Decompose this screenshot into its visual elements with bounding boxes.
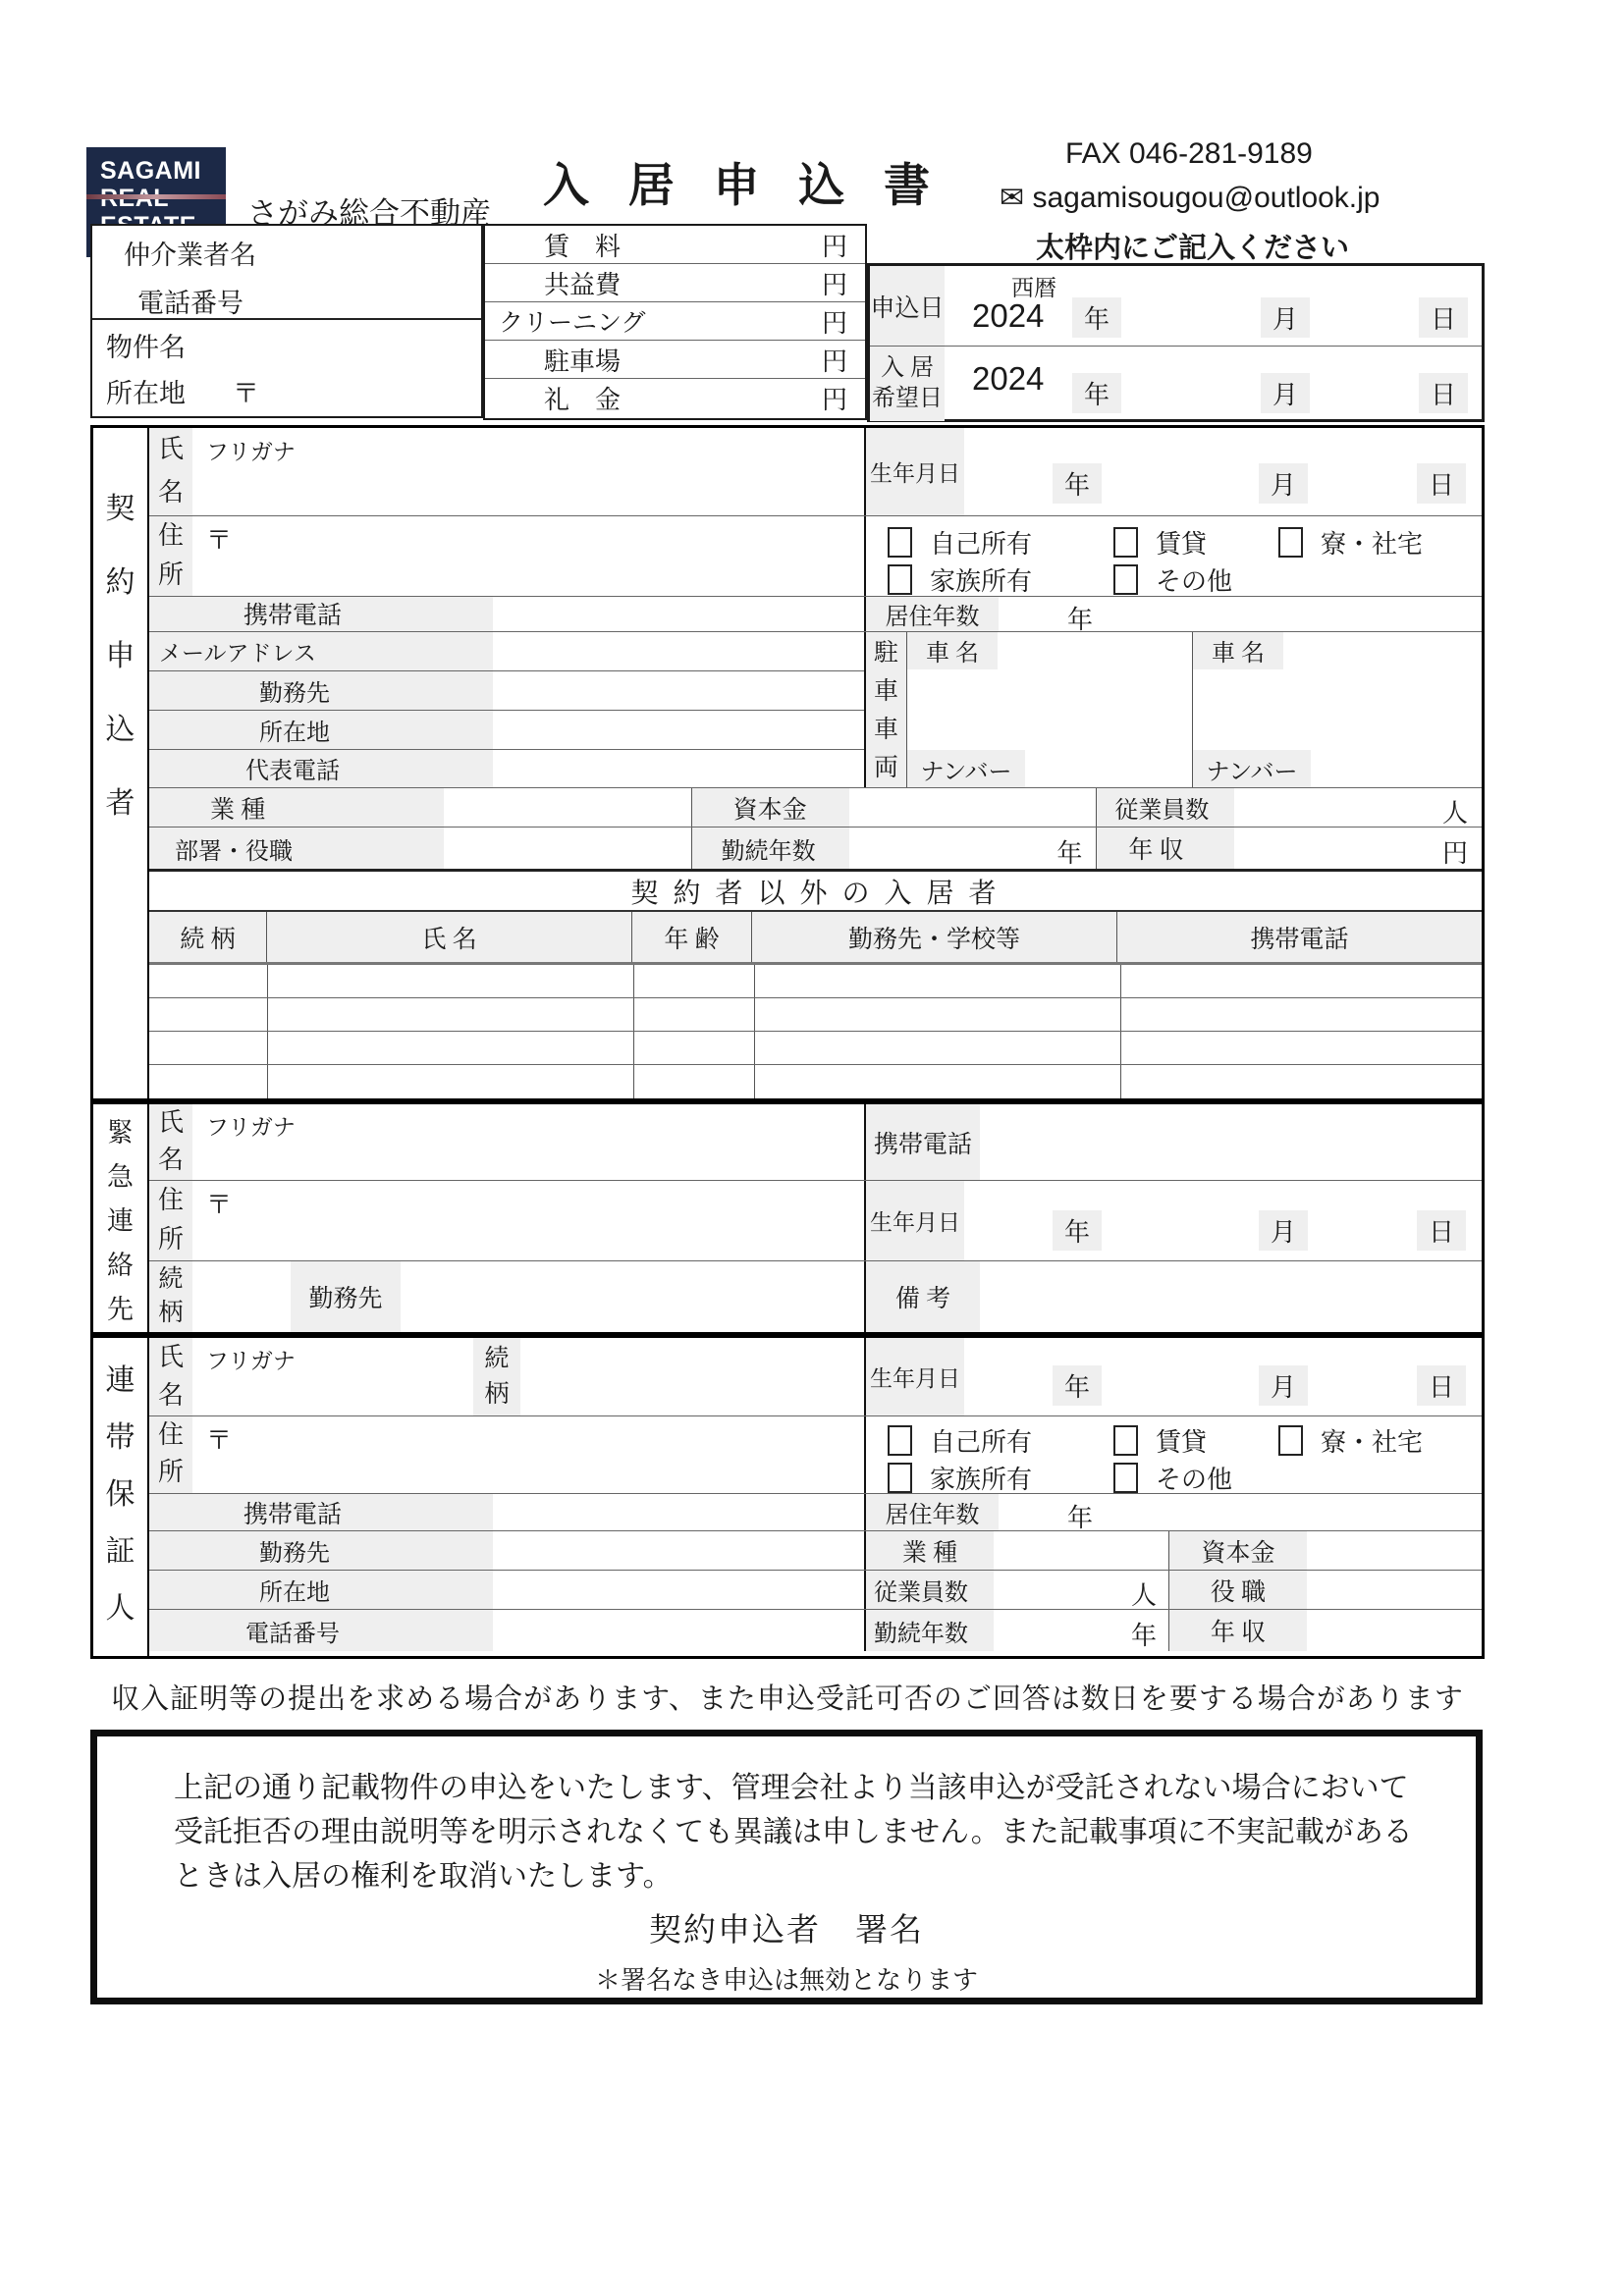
email-address: sagamisougou@outlook.jp	[1032, 182, 1380, 214]
guarantor-service-years-unit: 年	[1131, 1616, 1157, 1652]
guarantor-capital-label: 資本金	[1169, 1531, 1307, 1570]
property-name-label: 物件名	[92, 326, 481, 364]
key-money-unit: 円	[822, 380, 847, 416]
apply-year-value: 2024	[972, 297, 1044, 335]
guarantor-housing-self-owned-option: 自己所有	[888, 1422, 1032, 1459]
guarantor-work-address-cell: 所在地	[149, 1571, 866, 1609]
applicant-birth-month-unit: 月	[1259, 463, 1308, 504]
guarantor-service-years-label: 勤続年数	[866, 1610, 994, 1651]
occupants-table-title: 契 約 者 以 外 の 入 居 者	[149, 869, 1482, 912]
applicant-workplace-field	[493, 671, 864, 710]
applicant-company-phone-label: 代表電話	[149, 750, 493, 787]
applicant-work-address-label: 所在地	[149, 711, 493, 749]
guarantor-furigana-label: フリガナ	[206, 1343, 296, 1375]
guarantor-workplace-label: 勤務先	[149, 1531, 493, 1570]
emergency-address-label: 住所	[149, 1181, 192, 1260]
guarantor-housing-rented-option: 賃貸	[1113, 1422, 1207, 1459]
income-unit: 円	[1442, 833, 1468, 870]
guarantor-residence-cell: 居住年数 年	[866, 1494, 1482, 1530]
emergency-mobile-label: 携帯電話	[866, 1104, 980, 1180]
guarantor-housing-family-owned-option: 家族所有	[888, 1460, 1032, 1496]
parking-fee-label: 駐車場	[544, 342, 621, 378]
form-title: 入 居 申 込 書	[543, 149, 944, 215]
email-icon: ✉	[1000, 182, 1032, 214]
vehicle-1-number-label: ナンバー	[907, 750, 1025, 787]
housing-rented-option: 賃貸	[1113, 524, 1207, 561]
agreement-line-2: 受託拒否の理由説明等を明示されなくても異議は申しません。また記載事項に不実記載が…	[174, 1810, 1417, 1854]
vehicle-1-name-label: 車 名	[907, 632, 998, 669]
guarantor-residence-years-label: 居住年数	[866, 1494, 999, 1530]
applicant-section-label: 契約申込者	[93, 428, 149, 1098]
applicant-birth-year-unit: 年	[1053, 463, 1102, 504]
broker-phone-label: 電話番号	[92, 282, 481, 320]
guarantor-phone-label: 電話番号	[149, 1610, 493, 1651]
applicant-section: 契約申込者 氏名 フリガナ 生年月日 年 月 日	[90, 425, 1485, 1101]
guarantor-residence-years-field: 年	[999, 1494, 1482, 1530]
guarantor-capital-field	[1307, 1531, 1482, 1570]
signature-label: 契約申込者 署名	[97, 1904, 1476, 1950]
applicant-birth-day-unit: 日	[1417, 463, 1466, 504]
guarantor-birth-month-unit: 月	[1259, 1365, 1308, 1406]
applicant-employees-label: 従業員数	[1097, 788, 1234, 827]
applicant-work-address-field	[493, 711, 864, 749]
checkbox-icon	[888, 1463, 912, 1493]
emergency-address-field: 〒	[192, 1181, 864, 1260]
applicant-mobile-cell: 携帯電話	[149, 597, 866, 631]
guarantor-industry-field	[994, 1531, 1169, 1570]
guarantor-position-label: 役 職	[1169, 1571, 1307, 1609]
checkbox-icon	[888, 527, 912, 558]
applicant-capital-label: 資本金	[692, 788, 849, 827]
guarantor-housing-other-option: その他	[1113, 1460, 1232, 1496]
guarantor-mobile-label: 携帯電話	[149, 1494, 493, 1530]
applicant-department-label: 部署・役職	[149, 828, 444, 869]
applicant-department-field	[444, 828, 692, 869]
applicant-income-label: 年 収	[1097, 828, 1234, 869]
vehicle-2-number-label: ナンバー	[1193, 750, 1311, 787]
applicant-residence-cell: 居住年数 年	[866, 597, 1482, 631]
occupants-col-relation: 続 柄	[149, 912, 267, 962]
applicant-workplace-label: 勤務先	[149, 671, 493, 710]
agreement-text: 上記の通り記載物件の申込をいたします、管理会社より当該申込が受託されない場合にお…	[97, 1736, 1476, 1898]
footer-note: 収入証明等の提出を求める場合があります、また申込受託可否のご回答は数日を要する場…	[90, 1677, 1485, 1717]
guarantor-employees-label: 従業員数	[866, 1571, 994, 1609]
guarantor-birthday-field: 年 月 日	[964, 1338, 1482, 1415]
guarantor-workplace-cell: 勤務先	[149, 1531, 866, 1570]
apply-month-unit: 月	[1261, 297, 1310, 338]
housing-self-owned-option: 自己所有	[888, 524, 1032, 561]
service-years-unit: 年	[1056, 833, 1082, 870]
guarantor-postal-mark: 〒	[206, 1420, 232, 1457]
guarantor-address-label: 住所	[149, 1416, 192, 1493]
guarantor-relation-field	[520, 1338, 864, 1415]
checkbox-icon	[1113, 564, 1138, 595]
guarantor-birthday-cell: 生年月日 年 月 日	[866, 1338, 1482, 1415]
checkbox-icon	[888, 1425, 912, 1456]
movein-year-value: 2024	[972, 360, 1044, 398]
guarantor-workplace-field	[493, 1531, 864, 1570]
emergency-birthday-field: 年 月 日	[964, 1181, 1482, 1260]
guarantor-section-label: 連帯保証人	[93, 1338, 149, 1656]
movein-day-unit: 日	[1419, 373, 1468, 413]
guarantor-employees-field: 人	[994, 1571, 1169, 1609]
broker-table: 仲介業者名 電話番号 物件名 所在地〒	[90, 224, 483, 418]
applicant-company-phone-field	[493, 750, 864, 787]
dates-table: 申込日 西暦 2024 年 月 日 入 居希望日 2024 年 月 日	[867, 263, 1485, 422]
applicant-furigana-label: フリガナ	[206, 434, 296, 466]
emergency-mobile-cell: 携帯電話	[866, 1104, 1482, 1180]
applicant-service-years-field: 年	[849, 828, 1098, 869]
checkbox-icon	[1278, 527, 1303, 558]
cleaning-unit: 円	[822, 303, 847, 340]
guarantor-housing-cell: 自己所有 賃貸 寮・社宅 家族所有 その他	[866, 1416, 1482, 1493]
applicant-residence-years-field: 年	[999, 597, 1482, 631]
guarantor-name-cell: 氏名 フリガナ 続柄	[149, 1338, 866, 1415]
apply-date-label: 申込日	[870, 266, 945, 346]
housing-other-option: その他	[1113, 561, 1232, 598]
checkbox-icon	[888, 564, 912, 595]
emergency-section: 緊急連絡先 氏名 フリガナ 携帯電話 住所 〒 生年月日	[90, 1101, 1485, 1335]
applicant-residence-years-label: 居住年数	[866, 597, 999, 631]
emergency-birth-month-unit: 月	[1259, 1210, 1308, 1251]
emergency-workplace-field	[401, 1261, 864, 1332]
checkbox-icon	[1113, 527, 1138, 558]
applicant-address-field: 〒	[192, 516, 864, 596]
applicant-capital-field	[849, 788, 1098, 827]
guarantor-phone-field	[493, 1610, 864, 1651]
applicant-mobile-label: 携帯電話	[149, 597, 493, 631]
emergency-address-cell: 住所 〒	[149, 1181, 866, 1260]
applicant-address-cell: 住所 〒	[149, 516, 866, 596]
emergency-remarks-label: 備 考	[866, 1261, 980, 1332]
housing-family-owned-option: 家族所有	[888, 561, 1032, 598]
occupants-col-age: 年 齢	[632, 912, 752, 962]
vehicle-2-name-label: 車 名	[1193, 632, 1283, 669]
fill-instruction: 太枠内にご記入ください	[1036, 226, 1349, 266]
guarantor-industry-label: 業 種	[866, 1531, 994, 1570]
applicant-mobile-field	[493, 597, 864, 631]
movein-month-unit: 月	[1261, 373, 1310, 413]
postal-mark: 〒	[233, 379, 259, 408]
emergency-relation-cell: 続柄 勤務先	[149, 1261, 866, 1332]
guarantor-name-field: フリガナ	[192, 1338, 473, 1415]
guarantor-phone-cell: 電話番号	[149, 1610, 866, 1651]
guarantor-work-address-field	[493, 1571, 864, 1609]
emergency-remarks-cell: 備 考	[866, 1261, 1482, 1332]
rent-unit: 円	[822, 227, 847, 263]
rent-label: 賃 料	[544, 227, 621, 263]
application-form-page: SAGAMI REAL ESTATEinc さがみ総合不動産 入 居 申 込 書…	[0, 0, 1624, 2296]
emergency-name-field: フリガナ	[192, 1104, 864, 1180]
occupant-row-2	[149, 998, 1482, 1032]
applicant-birthday-field: 年 月 日	[964, 428, 1482, 515]
employees-unit: 人	[1442, 793, 1468, 829]
occupant-row-1	[149, 965, 1482, 998]
property-location-label: 所在地〒	[92, 372, 481, 410]
occupants-col-name: 氏 名	[267, 912, 632, 962]
emergency-relation-label: 続柄	[149, 1261, 192, 1332]
apply-day-unit: 日	[1419, 297, 1468, 338]
parking-vehicle-label: 駐車車両	[866, 632, 907, 788]
emergency-relation-field	[192, 1261, 291, 1332]
movein-year-unit: 年	[1072, 373, 1121, 413]
occupants-col-mobile: 携帯電話	[1117, 912, 1482, 962]
guarantor-position-field	[1307, 1571, 1482, 1609]
checkbox-icon	[1113, 1463, 1138, 1493]
movein-date-label: 入 居希望日	[870, 347, 945, 421]
guarantor-birth-year-unit: 年	[1053, 1365, 1102, 1406]
vehicle-2-cell: 車 名 ナンバー	[1193, 632, 1482, 788]
guarantor-mobile-cell: 携帯電話	[149, 1494, 866, 1530]
applicant-industry-field	[444, 788, 692, 827]
emergency-mobile-field	[980, 1104, 1482, 1180]
emergency-name-cell: 氏名 フリガナ	[149, 1104, 866, 1180]
emergency-birthday-label: 生年月日	[866, 1181, 964, 1260]
guarantor-mobile-field	[493, 1494, 864, 1530]
emergency-birthday-cell: 生年月日 年 月 日	[866, 1181, 1482, 1260]
occupant-row-4	[149, 1065, 1482, 1098]
residence-year-unit: 年	[1067, 600, 1093, 636]
emergency-workplace-label: 勤務先	[291, 1261, 401, 1332]
applicant-postal-mark: 〒	[206, 520, 232, 557]
emergency-birth-year-unit: 年	[1053, 1210, 1102, 1251]
cleaning-label: クリーニング	[499, 303, 646, 339]
guarantor-employees-cell: 従業員数 人 役 職	[866, 1571, 1482, 1609]
guarantor-industry-cell: 業 種 資本金	[866, 1531, 1482, 1570]
logo-line1: SAGAMI	[100, 157, 226, 185]
guarantor-income-field	[1307, 1610, 1482, 1651]
apply-date-field: 西暦 2024 年 月 日	[945, 266, 1482, 346]
guarantor-employees-unit: 人	[1131, 1575, 1157, 1612]
emergency-postal-mark: 〒	[206, 1185, 232, 1221]
agreement-box: 上記の通り記載物件の申込をいたします、管理会社より当該申込が受託されない場合にお…	[90, 1730, 1483, 2004]
emergency-birth-day-unit: 日	[1417, 1210, 1466, 1251]
guarantor-birthday-label: 生年月日	[866, 1338, 964, 1415]
guarantor-relation-label: 続柄	[473, 1338, 520, 1415]
checkbox-icon	[1278, 1425, 1303, 1456]
guarantor-address-cell: 住所 〒	[149, 1416, 866, 1493]
vehicle-1-cell: 車 名 ナンバー	[907, 632, 1193, 788]
logo-stripe	[86, 194, 226, 199]
guarantor-birth-day-unit: 日	[1417, 1365, 1466, 1406]
guarantor-residence-year-unit: 年	[1067, 1498, 1093, 1534]
emergency-furigana-label: フリガナ	[206, 1109, 296, 1142]
guarantor-service-years-cell: 勤続年数 年 年 収	[866, 1610, 1482, 1651]
emergency-name-label: 氏名	[149, 1104, 192, 1180]
fees-table: 賃 料円 共益費円 クリーニング円 駐車場円 礼 金円	[483, 224, 867, 420]
signature-note: ＊署名なき申込は無効となります	[97, 1960, 1476, 1997]
applicant-name-field: フリガナ	[192, 428, 864, 515]
applicant-name-cell: 氏名 フリガナ	[149, 428, 866, 515]
common-fee-unit: 円	[822, 265, 847, 301]
occupants-col-work: 勤務先・学校等	[752, 912, 1117, 962]
applicant-housing-cell: 自己所有 賃貸 寮・社宅 家族所有 その他	[866, 516, 1482, 596]
emergency-section-label: 緊急連絡先	[93, 1104, 149, 1332]
guarantor-housing-dormitory-option: 寮・社宅	[1278, 1422, 1423, 1459]
movein-date-field: 2024 年 月 日	[945, 347, 1482, 421]
applicant-mail-label: メールアドレス	[149, 632, 493, 670]
guarantor-work-address-label: 所在地	[149, 1571, 493, 1609]
applicant-income-field: 円	[1234, 828, 1482, 869]
guarantor-service-years-field: 年	[994, 1610, 1169, 1651]
checkbox-icon	[1113, 1425, 1138, 1456]
agreement-line-3: ときは入居の権利を取消いたします。	[174, 1854, 1417, 1898]
apply-year-unit: 年	[1072, 297, 1121, 338]
applicant-industry-label: 業 種	[149, 788, 444, 827]
guarantor-income-label: 年 収	[1169, 1610, 1307, 1651]
applicant-birthday-label: 生年月日	[866, 428, 964, 515]
parking-vehicle-block: 駐車車両 車 名 ナンバー 車 名 ナンバー	[866, 632, 1482, 788]
agreement-line-1: 上記の通り記載物件の申込をいたします、管理会社より当該申込が受託されない場合にお…	[174, 1766, 1417, 1810]
applicant-birthday-cell: 生年月日 年 月 日	[866, 428, 1482, 515]
occupant-row-3	[149, 1032, 1482, 1065]
common-fee-label: 共益費	[544, 265, 621, 301]
broker-agent-label: 仲介業者名	[92, 234, 481, 272]
guarantor-section: 連帯保証人 氏名 フリガナ 続柄 生年月日 年 月 日	[90, 1335, 1485, 1659]
housing-dormitory-option: 寮・社宅	[1278, 524, 1423, 561]
email-row: ✉ sagamisougou@outlook.jp	[1000, 181, 1380, 215]
guarantor-name-label: 氏名	[149, 1338, 192, 1415]
applicant-service-years-label: 勤続年数	[692, 828, 849, 869]
applicant-address-label: 住所	[149, 516, 192, 596]
fax-number: FAX 046-281-9189	[1065, 137, 1313, 171]
applicant-mail-field	[493, 632, 864, 670]
emergency-remarks-field	[980, 1261, 1482, 1332]
applicant-employees-field: 人	[1234, 788, 1482, 827]
applicant-name-label: 氏名	[149, 428, 192, 515]
key-money-label: 礼 金	[544, 380, 621, 416]
guarantor-address-field: 〒	[192, 1416, 864, 1493]
parking-fee-unit: 円	[822, 342, 847, 378]
